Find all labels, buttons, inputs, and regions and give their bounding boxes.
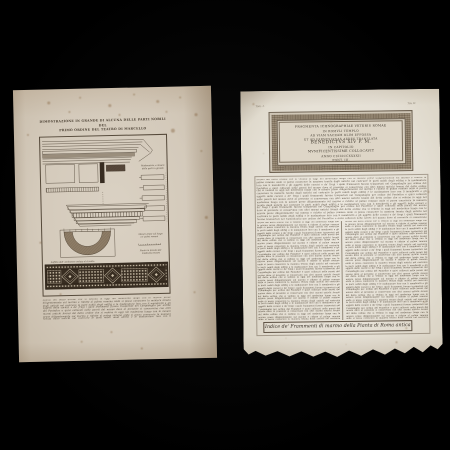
left-print-caption-paragraph: Avanzi del detto ordine che si vedono in… (43, 297, 171, 320)
index-column-right: Avanzi del detto ordine che si vedono in… (345, 220, 428, 319)
soffit-caption: Soffitto dell' Architrave veduto al di s… (51, 260, 95, 264)
lower-cornice-profile (66, 203, 149, 226)
tablet-inscription: FRAGMENTA ICHNOGRAPHIAE VETERIS ROMAE IN… (279, 120, 403, 162)
moulding-profiles-column: Modanature, e misure delle parti in gran… (139, 164, 167, 223)
architectural-engraving: Modanature, e misure delle parti in gran… (40, 135, 171, 297)
index-preface-paragraph: Avanzi del detto ordine che si vedono in… (256, 177, 427, 220)
cornice-elevation (42, 139, 153, 164)
right-print-caption: Indice de' Frammenti di marmo della Pian… (263, 320, 412, 333)
soffit-coffer-band (45, 262, 169, 290)
semicircular-section (60, 227, 115, 257)
foxing-spots-right (240, 89, 439, 92)
tablet-line-9: PONT. III. (280, 157, 402, 163)
photo-background: DIMOSTRAZIONE IN GRANDE DI ALCUNA DELLE … (0, 0, 450, 450)
inscription-tablet: FRAGMENTA ICHNOGRAPHIAE VETERIS ROMAE IN… (269, 110, 414, 173)
left-print-title: DIMOSTRAZIONE IN GRANDE DI ALCUNA DELLE … (39, 117, 167, 134)
index-column-left: Avanzi del detto ordine che si vedono in… (257, 221, 340, 320)
left-print-sheet: DIMOSTRAZIONE IN GRANDE DI ALCUNA DELLE … (13, 86, 217, 362)
volume-label: Tom. I. (255, 105, 264, 108)
plate-number-label: Tav. II. (407, 102, 416, 105)
right-print-sheet: Tom. I. Tav. II. FRAGMENTA ICHNOGRAPHIAE… (240, 89, 443, 362)
section-caption-line2: co' palmi romani (141, 236, 159, 238)
profiles-caption-line1: Modanature, e misure (140, 164, 165, 168)
frieze-panels (46, 162, 126, 205)
profiles-caption-line2: delle parti in grande (142, 167, 164, 171)
plan-caption-line2: medesimo Teatro (142, 251, 161, 254)
left-print-plate-border: Modanature, e misure delle parti in gran… (39, 134, 171, 297)
tablet-engraved-frame: FRAGMENTA ICHNOGRAPHIAE VETERIS ROMAE IN… (271, 113, 411, 171)
foxing-spots-left (13, 86, 211, 90)
